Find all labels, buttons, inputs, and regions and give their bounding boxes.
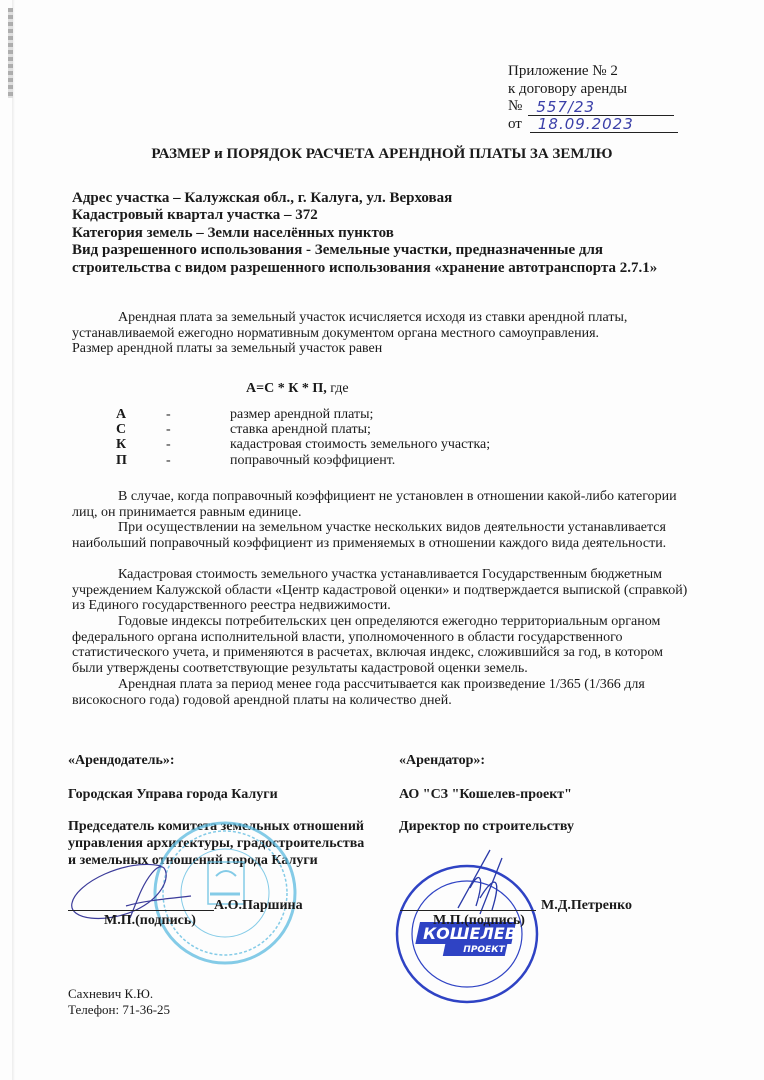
paragraph-price-indices: Годовые индексы потребительских цен опре… <box>72 614 692 676</box>
plot-permitted-use-line2: строительства с видом разрешенного испол… <box>72 260 657 277</box>
legend-symbol: П <box>116 453 166 468</box>
executor-name: Сахневич К.Ю. <box>68 986 153 1002</box>
legend-description: кадастровая стоимость земельного участка… <box>230 437 490 452</box>
intro-paragraph: Арендная плата за земельный участок исчи… <box>72 310 627 357</box>
lessee-position: Директор по строительству <box>399 818 574 835</box>
appendix-title: Приложение № 2 <box>508 63 678 81</box>
plot-info: Адрес участка – Калужская обл., г. Калуг… <box>72 190 657 277</box>
contract-date-field: 18.09.2023 <box>530 117 678 133</box>
appendix-contract-ref: к договору аренды <box>508 81 678 99</box>
executor-phone: Телефон: 71-36-25 <box>68 1002 170 1018</box>
legend-row: С - ставка арендной платы; <box>116 422 490 437</box>
binding-marks <box>8 8 13 98</box>
paragraph-multiple-activities: При осуществлении на земельном участке н… <box>72 520 692 551</box>
intro-line-1: Арендная плата за земельный участок исчи… <box>72 310 627 326</box>
contract-date-row: от 18.09.2023 <box>508 116 678 134</box>
contract-number-row: № 557/23 <box>508 98 678 116</box>
legend-row: К - кадастровая стоимость земельного уча… <box>116 437 490 452</box>
lessor-signature-line <box>68 910 214 911</box>
paragraph-correction-factor: В случае, когда поправочный коэффициент … <box>72 489 692 520</box>
paragraph-cadastral-value: Кадастровая стоимость земельного участка… <box>72 567 692 614</box>
plot-cadastral-quarter: Кадастровый квартал участка – 372 <box>72 207 657 224</box>
paragraph-partial-year: Арендная плата за период менее года расс… <box>72 677 692 708</box>
lessee-role: «Арендатор»: <box>399 752 485 769</box>
lessee-signer-name: М.Д.Петренко <box>541 897 632 914</box>
legend-description: размер арендной платы; <box>230 407 373 422</box>
lessee-organization: АО "СЗ "Кошелев-проект" <box>399 786 572 803</box>
lessee-stamp-label: М.П.(подпись) <box>433 912 525 929</box>
contract-date-label: от <box>508 116 522 134</box>
legend-symbol: С <box>116 422 166 437</box>
legend-row: А - размер арендной платы; <box>116 407 490 422</box>
lessee-seal-logo-bottom: ПРОЕКТ <box>463 945 505 955</box>
plot-permitted-use-line1: Вид разрешенного использования - Земельн… <box>72 242 657 259</box>
intro-line-2: устанавливаемой ежегодно нормативным док… <box>72 326 627 342</box>
legend-dash: - <box>166 453 230 468</box>
lessee-signature-icon <box>440 848 520 918</box>
plot-land-category: Категория земель – Земли населённых пунк… <box>72 225 657 242</box>
formula: А=С * К * П, где <box>246 381 349 397</box>
appendix-header: Приложение № 2 к договору аренды № 557/2… <box>508 63 678 133</box>
contract-number-field: 557/23 <box>528 100 674 116</box>
plot-address: Адрес участка – Калужская обл., г. Калуг… <box>72 190 657 207</box>
lessor-signer-name: А.О.Паршина <box>214 897 303 914</box>
contract-number-label: № <box>508 98 522 116</box>
legend-dash: - <box>166 407 230 422</box>
lessor-organization: Городская Управа города Калуги <box>68 786 278 803</box>
lessor-stamp-label: М.П.(подпись) <box>104 912 196 929</box>
legend-symbol: К <box>116 437 166 452</box>
legend-description: ставка арендной платы; <box>230 422 371 437</box>
intro-line-3: Размер арендной платы за земельный участ… <box>72 341 627 357</box>
legend-row: П - поправочный коэффициент. <box>116 453 490 468</box>
legend-description: поправочный коэффициент. <box>230 453 395 468</box>
lessor-role: «Арендодатель»: <box>68 752 175 769</box>
document-title: РАЗМЕР и ПОРЯДОК РАСЧЕТА АРЕНДНОЙ ПЛАТЫ … <box>0 146 764 163</box>
formula-expression: А=С * К * П, <box>246 381 327 396</box>
legend-dash: - <box>166 437 230 452</box>
legend-dash: - <box>166 422 230 437</box>
legend-symbol: А <box>116 407 166 422</box>
formula-suffix: где <box>327 381 349 396</box>
lessee-signature-line <box>400 910 536 911</box>
formula-legend: А - размер арендной платы; С - ставка ар… <box>116 407 490 468</box>
